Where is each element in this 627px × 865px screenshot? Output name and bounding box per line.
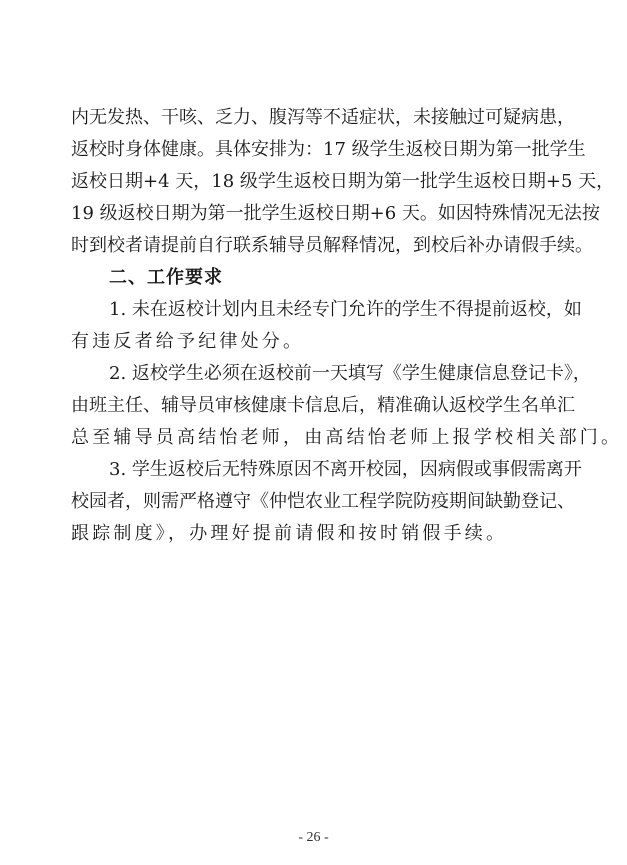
text-line: 2. 返校学生必须在返校前一天填写《学生健康信息登记卡》，	[71, 358, 571, 390]
text-line: 内无发热、干咳、乏力、腹泻等不适症状，未接触过可疑病患，	[71, 102, 571, 134]
text-line: 跟踪制度》，办理好提前请假和按时销假手续。	[71, 518, 571, 550]
text-line: 3. 学生返校后无特殊原因不离开校园，因病假或事假需离开	[71, 454, 571, 486]
text-line: 返校时身体健康。具体安排为：17 级学生返校日期为第一批学生	[71, 134, 571, 166]
requirement-item-1: 1. 未在返校计划内且未经专门允许的学生不得提前返校，如 有违反者给予纪律处分。	[71, 294, 571, 358]
text-line: 总至辅导员高结怡老师，由高结怡老师上报学校相关部门。	[71, 422, 571, 454]
text-line: 校园者，则需严格遵守《仲恺农业工程学院防疫期间缺勤登记、	[71, 486, 571, 518]
text-line: 返校日期+4 天，18 级学生返校日期为第一批学生返校日期+5 天，	[71, 166, 571, 198]
text-line: 1. 未在返校计划内且未经专门允许的学生不得提前返校，如	[71, 294, 571, 326]
document-body: 内无发热、干咳、乏力、腹泻等不适症状，未接触过可疑病患， 返校时身体健康。具体安…	[71, 102, 571, 550]
page-number: - 26 -	[0, 830, 627, 846]
text-line: 有违反者给予纪律处分。	[71, 326, 571, 358]
text-line: 时到校者请提前自行联系辅导员解释情况，到校后补办请假手续。	[71, 230, 571, 262]
section-heading: 二、工作要求	[71, 262, 571, 294]
requirement-item-3: 3. 学生返校后无特殊原因不离开校园，因病假或事假需离开 校园者，则需严格遵守《…	[71, 454, 571, 550]
text-line: 19 级返校日期为第一批学生返校日期+6 天。如因特殊情况无法按	[71, 198, 571, 230]
text-line: 由班主任、辅导员审核健康卡信息后，精准确认返校学生名单汇	[71, 390, 571, 422]
requirement-item-2: 2. 返校学生必须在返校前一天填写《学生健康信息登记卡》， 由班主任、辅导员审核…	[71, 358, 571, 454]
paragraph-intro: 内无发热、干咳、乏力、腹泻等不适症状，未接触过可疑病患， 返校时身体健康。具体安…	[71, 102, 571, 262]
